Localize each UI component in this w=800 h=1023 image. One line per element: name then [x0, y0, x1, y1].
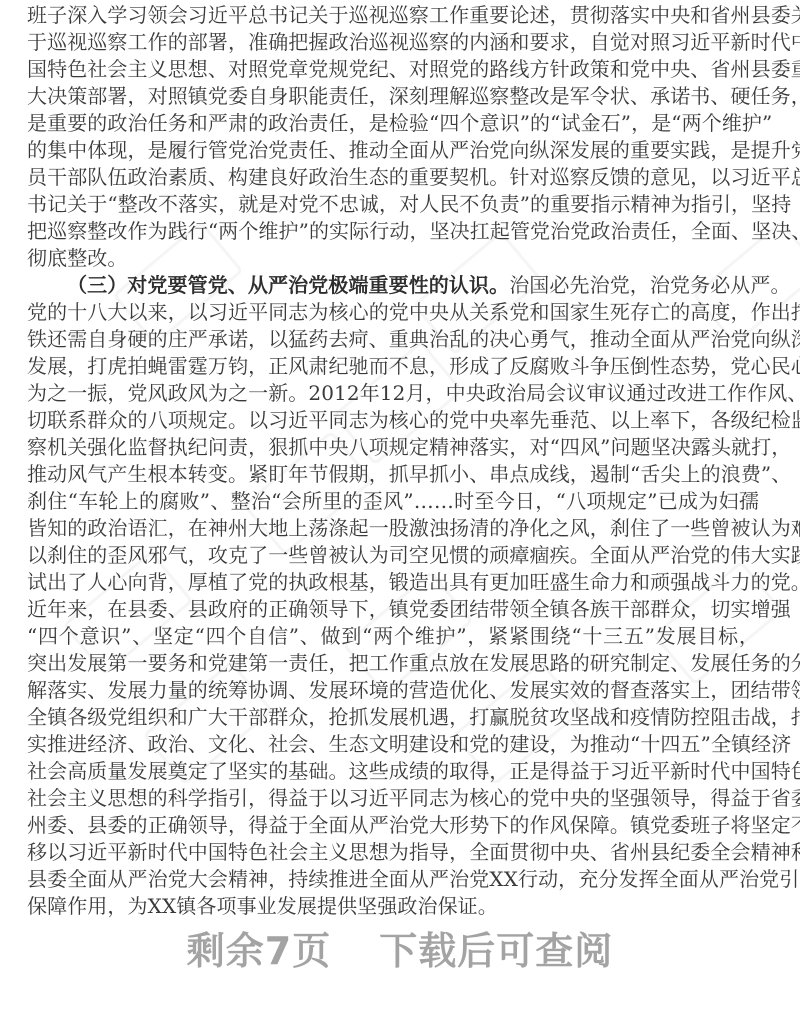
text-line: 国特色社会主义思想、对照党章党规党纪、对照党的路线方针政策和党中央、省州县委重	[27, 56, 759, 83]
text-line: 察机关强化监督执纪问责，狠抓中央八项规定精神落实，对“四风”问题坚决露头就打，	[27, 434, 759, 461]
text-line: 全镇各级党组织和广大干部群众，抢抓发展机遇，打赢脱贫攻坚战和疫情防控阻击战，扎	[27, 704, 759, 731]
text-line: 突出发展第一要务和党建第一责任，把工作重点放在发展思路的研究制定、发展任务的分	[27, 650, 759, 677]
text-line: 党的十八大以来，以习近平同志为核心的党中央从关系党和国家生死存亡的高度，作出打	[27, 299, 759, 326]
text-line: 的集中体现，是履行管党治党责任、推动全面从严治党向纵深发展的重要实践，是提升党	[27, 137, 759, 164]
text-line: 班子深入学习领会习近平总书记关于巡视巡察工作重要论述，贯彻落实中央和省州县委关	[27, 2, 759, 29]
text-line: 切联系群众的八项规定。以习近平同志为核心的党中央率先垂范、以上率下，各级纪检监	[27, 407, 759, 434]
text-line: 员干部队伍政治素质、构建良好政治生态的重要契机。针对巡察反馈的意见，以习近平总	[27, 164, 759, 191]
remaining-pages-label: 剩余7页	[187, 929, 331, 973]
text-line: 铁还需自身硬的庄严承诺，以猛药去疴、重典治乱的决心勇气，推动全面从严治党向纵深	[27, 326, 759, 353]
text-line: 解落实、发展力量的统筹协调、发展环境的营造优化、发展实效的督查落实上，团结带领	[27, 677, 759, 704]
text-line: 近年来，在县委、县政府的正确领导下，镇党委团结带领全镇各族干部群众，切实增强	[27, 596, 759, 623]
paragraph-section-3: （三）对党要管党、从严治党极端重要性的认识。治国必先治党，治党务必从严。 党的十…	[27, 272, 759, 920]
text-line: 社会高质量发展奠定了坚实的基础。这些成绩的取得，正是得益于习近平新时代中国特色	[27, 758, 759, 785]
text-line: 实推进经济、政治、文化、社会、生态文明建设和党的建设，为推动“十四五”全镇经济	[27, 731, 759, 758]
text-line: 县委全面从严治党大会精神，持续推进全面从严治党XX行动，充分发挥全面从严治党引领	[27, 866, 759, 893]
text-line: 为之一振，党风政风为之一新。2012年12月，中央政治局会议审议通过改进工作作风…	[27, 380, 759, 407]
text-line: 试出了人心向背，厚植了党的执政根基，锻造出具有更加旺盛生命力和顽强战斗力的党。	[27, 569, 759, 596]
text-line: 书记关于“整改不落实，就是对党不忠诚，对人民不负责”的重要指示精神为指引，坚持	[27, 191, 759, 218]
text-line: 移以习近平新时代中国特色社会主义思想为指导，全面贯彻中央、省州县纪委全会精神和	[27, 839, 759, 866]
text-line: 发展，打虎拍蝇雷霆万钧，正风肃纪驰而不息，形成了反腐败斗争压倒性态势，党心民心	[27, 353, 759, 380]
text-line: 于巡视巡察工作的部署，准确把握政治巡视巡察的内涵和要求，自觉对照习近平新时代中	[27, 29, 759, 56]
text-line: 保障作用，为XX镇各项事业发展提供坚强政治保证。	[27, 893, 759, 920]
text-line: 彻底整改。	[27, 245, 759, 272]
text-line: 社会主义思想的科学指引，得益于以习近平同志为核心的党中央的坚强领导，得益于省委、	[27, 785, 759, 812]
text-line: 以刹住的歪风邪气，攻克了一些曾被认为司空见惯的顽瘴痼疾。全面从严治党的伟大实践	[27, 542, 759, 569]
text-line: 皆知的政治语汇，在神州大地上荡涤起一股激浊扬清的净化之风，刹住了一些曾被认为难	[27, 515, 759, 542]
text-span: 治国必先治党，治党务必从严。	[509, 273, 790, 297]
text-line: 把巡察整改作为践行“两个维护”的实际行动，坚决扛起管党治党政治责任，全面、坚决、	[27, 218, 759, 245]
paragraph-inspection-rectification: 班子深入学习领会习近平总书记关于巡视巡察工作重要论述，贯彻落实中央和省州县委关 …	[27, 2, 759, 272]
text-line: “四个意识”、坚定“四个自信”、做到“两个维护”，紧紧围绕“十三五”发展目标，	[27, 623, 759, 650]
text-line: 刹住“车轮上的腐败”、整治“会所里的歪风”……时至今日，“八项规定”已成为妇孺	[27, 488, 759, 515]
download-prompt-banner[interactable]: 剩余7页下载后可查阅	[0, 920, 800, 975]
text-line: 推动风气产生根本转变。紧盯年节假期，抓早抓小、串点成线，遏制“舌尖上的浪费”、	[27, 461, 759, 488]
section-heading: （三）对党要管党、从严治党极端重要性的认识。	[67, 273, 509, 297]
section-heading-line: （三）对党要管党、从严治党极端重要性的认识。治国必先治党，治党务必从严。	[27, 272, 759, 299]
document-page: 班子深入学习领会习近平总书记关于巡视巡察工作重要论述，贯彻落实中央和省州县委关 …	[27, 2, 759, 920]
download-hint-label[interactable]: 下载后可查阅	[379, 929, 613, 973]
text-line: 大决策部署，对照镇党委自身职能责任，深刻理解巡察整改是军令状、承诺书、硬任务，	[27, 83, 759, 110]
text-line: 是重要的政治任务和严肃的政治责任，是检验“四个意识”的“试金石”，是“两个维护”	[27, 110, 759, 137]
text-line: 州委、县委的正确领导，得益于全面从严治党大形势下的作风保障。镇党委班子将坚定不	[27, 812, 759, 839]
